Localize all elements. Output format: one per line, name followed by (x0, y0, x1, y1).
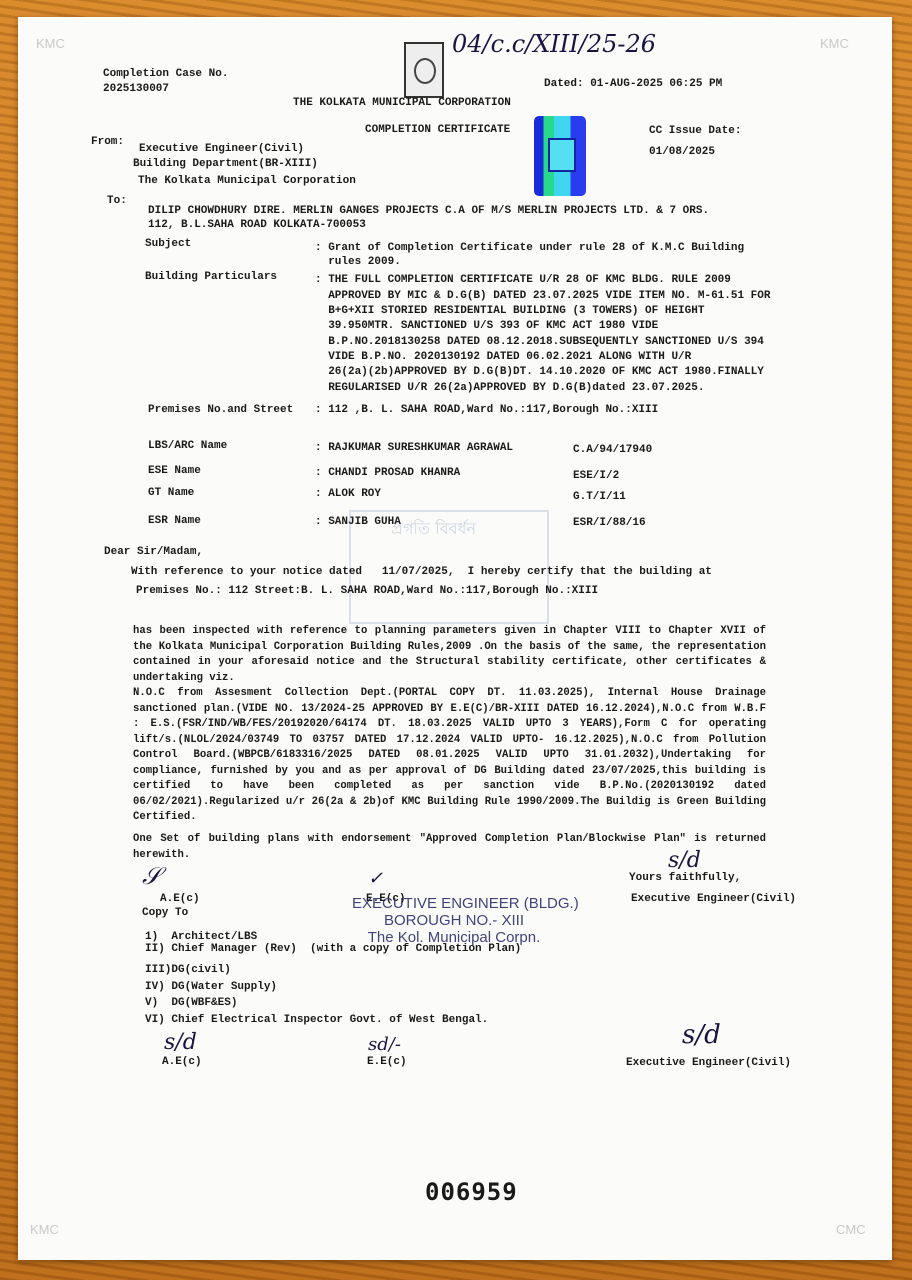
ese-label: ESE Name (148, 465, 201, 477)
lbs-label: LBS/ARC Name (148, 440, 227, 452)
building-particulars-line: 39.950MTR. SANCTIONED U/S 393 OF KMC ACT… (315, 320, 658, 332)
to-line: 112, B.L.SAHA ROAD KOLKATA-700053 (148, 219, 366, 231)
watermark-bottom-left: KMC (30, 1222, 59, 1237)
copy-to-item: V) DG(WBF&ES) (145, 997, 237, 1009)
to-label: To: (107, 195, 127, 207)
letter-body-2: N.O.C from Assesment Collection Dept.(PO… (133, 686, 766, 826)
rubber-stamp-line: BOROUGH NO.- XIII (352, 912, 556, 929)
ese-value: : CHANDI PROSAD KHANRA (315, 467, 460, 479)
document-title: COMPLETION CERTIFICATE (365, 124, 510, 136)
bottom-ae-label: A.E(c) (162, 1056, 202, 1068)
subject-value: : Grant of Completion Certificate under … (315, 242, 744, 254)
premises-value: : 112 ,B. L. SAHA ROAD,Ward No.:117,Boro… (315, 404, 658, 416)
copy-to-label: Copy To (142, 907, 188, 919)
building-particulars-line: APPROVED BY MIC & D.G(B) DATED 23.07.202… (315, 290, 770, 302)
ae-label: A.E(c) (160, 893, 200, 905)
lbs-code: C.A/94/17940 (573, 444, 652, 456)
serial-number: 006959 (425, 1178, 518, 1206)
from-label: From: (91, 136, 124, 148)
dated-timestamp: Dated: 01-AUG-2025 06:25 PM (544, 78, 722, 90)
copy-to-item: IV) DG(Water Supply) (145, 981, 277, 993)
copy-to-item: III)DG(civil) (145, 964, 231, 976)
building-particulars-line: B+G+XII STORIED RESIDENTIAL BUILDING (3 … (315, 305, 704, 317)
watermark-top-left: KMC (36, 36, 65, 51)
watermark-top-right: KMC (820, 36, 849, 51)
lbs-value: : RAJKUMAR SURESHKUMAR AGRAWAL (315, 442, 513, 454)
esr-code: ESR/I/88/16 (573, 517, 646, 529)
cc-issue-date: 01/08/2025 (649, 146, 715, 158)
from-line: Executive Engineer(Civil) (139, 143, 304, 155)
building-particulars-line: REGULARISED U/R 26(2a)APPROVED BY D.G(B)… (315, 382, 704, 394)
ese-code: ESE/I/2 (573, 470, 619, 482)
ee-sd-mark: sd/- (368, 1034, 401, 1055)
subject-label: Subject (145, 238, 191, 250)
building-particulars-line: : THE FULL COMPLETION CERTIFICATE U/R 28… (315, 274, 731, 286)
org-title: THE KOLKATA MUNICIPAL CORPORATION (293, 97, 511, 109)
exec-sd-mark: s/d (682, 1020, 721, 1050)
gt-label: GT Name (148, 487, 194, 499)
case-number-label: Completion Case No. (103, 68, 228, 80)
handwritten-reference: 04/c.c/XIII/25-26 (452, 30, 656, 58)
cc-issue-date-label: CC Issue Date: (649, 125, 741, 137)
letter-line-1: With reference to your notice dated 11/0… (131, 566, 712, 578)
building-particulars-label: Building Particulars (145, 271, 277, 283)
from-line: Building Department(BR-XIII) (133, 158, 318, 170)
esr-label: ESR Name (148, 515, 201, 527)
hologram-seal-icon (534, 116, 586, 196)
gt-value: : ALOK ROY (315, 488, 381, 500)
watermark-bottom-right: CMC (836, 1222, 866, 1237)
rubber-stamp: EXECUTIVE ENGINEER (BLDG.) BOROUGH NO.- … (352, 895, 556, 946)
ae-signature-icon: 𝒮 (142, 862, 161, 890)
sd-mark: s/d (668, 848, 701, 873)
to-line: DILIP CHOWDHURY DIRE. MERLIN GANGES PROJ… (148, 205, 709, 217)
kmc-emblem-icon (404, 42, 444, 98)
rubber-stamp-line: EXECUTIVE ENGINEER (BLDG.) (352, 895, 556, 912)
bottom-ee-label: E.E(c) (367, 1056, 407, 1068)
executive-engineer-title: Executive Engineer(Civil) (631, 893, 796, 905)
case-number: 2025130007 (103, 83, 169, 95)
letter-line-2: Premises No.: 112 Street:B. L. SAHA ROAD… (136, 585, 598, 597)
subject-value: rules 2009. (315, 256, 401, 268)
copy-to-item: VI) Chief Electrical Inspector Govt. of … (145, 1014, 488, 1026)
copy-to-item: II) Chief Manager (Rev) (with a copy of … (145, 943, 521, 955)
building-particulars-line: VIDE B.P.NO. 2020130192 DATED 06.02.2021… (315, 351, 691, 363)
building-particulars-line: 26(2a)(2b)APPROVED BY D.G(B)DT. 14.10.20… (315, 366, 764, 378)
bottom-executive-engineer: Executive Engineer(Civil) (626, 1057, 791, 1069)
ee-signature-icon: ✓ (368, 868, 383, 889)
letter-body-1: has been inspected with reference to pla… (133, 624, 766, 686)
from-line: The Kolkata Municipal Corporation (138, 175, 356, 187)
premises-label: Premises No.and Street (148, 404, 293, 416)
yours-faithfully: Yours faithfully, (629, 872, 741, 884)
building-particulars-line: B.P.NO.2018130258 DATED 08.12.2018.SUBSE… (315, 336, 764, 348)
salutation: Dear Sir/Madam, (104, 546, 203, 558)
gt-code: G.T/I/11 (573, 491, 626, 503)
stamp-motto: প্রগতি বিবর্ধন (391, 516, 476, 543)
ae-sd-mark: s/d (164, 1030, 197, 1055)
copy-to-item: 1) Architect/LBS (145, 931, 257, 943)
